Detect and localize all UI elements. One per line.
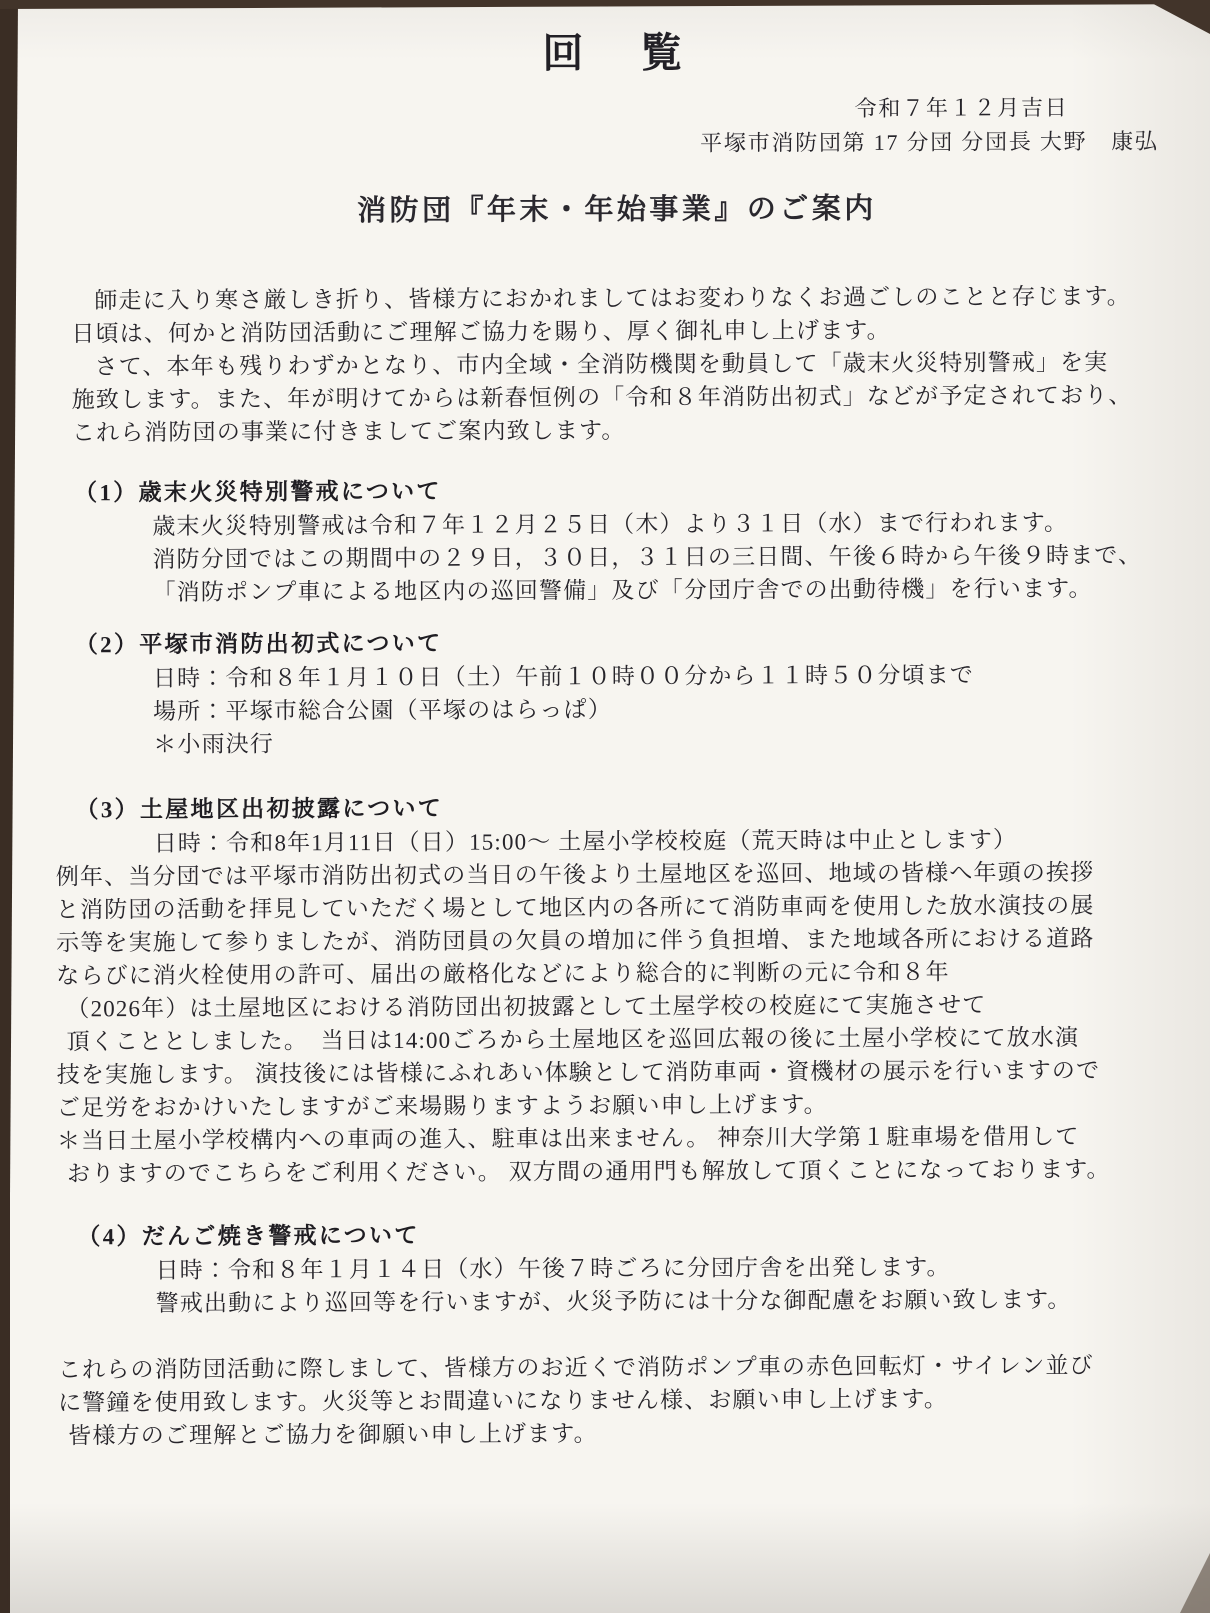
section-line: 技を実施します。 演技後には皆様にふれあい体験として消防車両・資機材の展示を行い… <box>57 1053 1191 1091</box>
paper-sheet: 回 覧 令和７年１２月吉日 平塚市消防団第 17 分団 分団長 大野 康弘 消防… <box>10 0 1210 1613</box>
section-tsuchiya-district-debut: （3）土屋地区出初披露について 日時：令和8年1月11日（日）15:00～ 土屋… <box>49 788 1191 1190</box>
closing-paragraph: これらの消防団活動に際しまして、皆様方のお近くで消防ポンプ車の赤色回転灯・サイレ… <box>52 1348 1192 1452</box>
section-line: 日時：令和８年１月１４日（水）午後７時ごろに分団庁舎を出発します。 <box>155 1249 1191 1287</box>
intro-line: 施致します。また、年が明けてからは新春恒例の「令和８年消防出初式」などが予定され… <box>72 378 1188 416</box>
section-line: ＊当日土屋小学校構内への車両の進入、駐車は出来ません。 神奈川大学第１駐車場を借… <box>57 1119 1191 1157</box>
section-line: ご足労をおかけいたしますがご来場賜りますようお願い申し上げます。 <box>57 1086 1191 1124</box>
section-line: 消防分団ではこの期間中の２９日，３０日，３１日の三日間、午後６時から午後９時まで… <box>152 538 1188 576</box>
section-line: 歳末火災特別警戒は令和７年１２月２５日（木）より３１日（水）まで行われます。 <box>152 505 1188 543</box>
closing-line: に警鐘を使用致します。火災等とお間違いになりません様、お願い申し上げます。 <box>58 1381 1192 1419</box>
circulation-title: 回 覧 <box>46 17 1186 81</box>
section-line: 場所：平塚市総合公園（平塚のはらっぱ） <box>153 690 1189 728</box>
intro-line: 日頃は、何かと消防団活動にご理解ご協力を賜り、厚く御礼申し上げます。 <box>71 312 1187 350</box>
section-line: （2026年）は土屋地区における消防団出初披露として土屋学校の校庭にて実施させて <box>66 987 1190 1025</box>
closing-line: 皆様方のご理解とご協力を御願い申し上げます。 <box>68 1414 1192 1452</box>
section-heading: （1）歳末火災特別警戒について <box>74 471 1188 510</box>
document-content: 回 覧 令和７年１２月吉日 平塚市消防団第 17 分団 分団長 大野 康弘 消防… <box>10 0 1210 1453</box>
closing-line: これらの消防団活動に際しまして、皆様方のお近くで消防ポンプ車の赤色回転灯・サイレ… <box>58 1348 1192 1386</box>
section-line: 日時：令和8年1月11日（日）15:00～ 土屋小学校校庭（荒天時は中止とします… <box>154 822 1190 860</box>
section-heading: （4）だんご焼き警戒について <box>77 1215 1191 1254</box>
section-year-end-fire-watch: （1）歳末火災特別警戒について 歳末火災特別警戒は令和７年１２月２５日（木）より… <box>48 471 1189 609</box>
section-line: 「消防ポンプ車による地区内の巡回警備」及び「分団庁舎での出動待機」を行います。 <box>153 571 1189 609</box>
issue-info: 令和７年１２月吉日 平塚市消防団第 17 分団 分団長 大野 康弘 <box>46 90 1186 163</box>
section-line: 示等を実施して参りましたが、消防団員の欠員の増加に伴う負担増、また地域各所におけ… <box>56 921 1190 959</box>
section-new-year-parade: （2）平塚市消防出初式について 日時：令和８年１月１０日（土）午前１０時００分か… <box>49 623 1190 761</box>
section-line: おりますのでこちらをご利用ください。 双方間の通用門も解放して頂くことになってお… <box>67 1152 1191 1190</box>
section-line: と消防団の活動を拝見していただく場として地区内の各所にて消防車両を使用した放水演… <box>56 888 1190 926</box>
section-heading: （3）土屋地区出初披露について <box>75 788 1189 827</box>
section-line: ＊小雨決行 <box>153 723 1189 761</box>
section-line: ならびに消火栓使用の許可、届出の厳格化などにより総合的に判断の元に令和８年 <box>56 954 1190 992</box>
section-line: 例年、当分団では平塚市消防出初式の当日の午後より土屋地区を巡回、地域の皆様へ年頭… <box>56 855 1190 893</box>
section-dango-yaki-watch: （4）だんご焼き警戒について 日時：令和８年１月１４日（水）午後７時ごろに分団庁… <box>51 1215 1191 1320</box>
section-line: 警戒出動により巡回等を行いますが、火災予防には十分な御配慮をお願い致します。 <box>156 1282 1192 1320</box>
intro-line: 師走に入り寒さ厳しき折り、皆様方におかれましてはお変わりなくお過ごしのことと存じ… <box>71 279 1187 317</box>
section-heading: （2）平塚市消防出初式について <box>75 623 1189 662</box>
issue-date: 令和７年１２月吉日 <box>46 90 1186 129</box>
document-title: 消防団『年末・年始事業』のご案内 <box>47 184 1187 230</box>
issuer-line: 平塚市消防団第 17 分団 分団長 大野 康弘 <box>47 124 1187 163</box>
scanned-document-photo: 回 覧 令和７年１２月吉日 平塚市消防団第 17 分団 分団長 大野 康弘 消防… <box>0 0 1210 1613</box>
intro-paragraph: 師走に入り寒さ厳しき折り、皆様方におかれましてはお変わりなくお過ごしのことと存じ… <box>71 279 1188 449</box>
section-line: 日時：令和８年１月１０日（土）午前１０時００分から１１時５０分頃まで <box>153 657 1189 695</box>
intro-line: これら消防団の事業に付きましてご案内致します。 <box>72 411 1188 449</box>
section-line: 頂くこととしました。 当日は14:00ごろから土屋地区を巡回広報の後に土屋小学校… <box>66 1020 1190 1058</box>
intro-line: さて、本年も残りわずかとなり、市内全域・全消防機関を動員して「歳末火災特別警戒」… <box>72 345 1188 383</box>
